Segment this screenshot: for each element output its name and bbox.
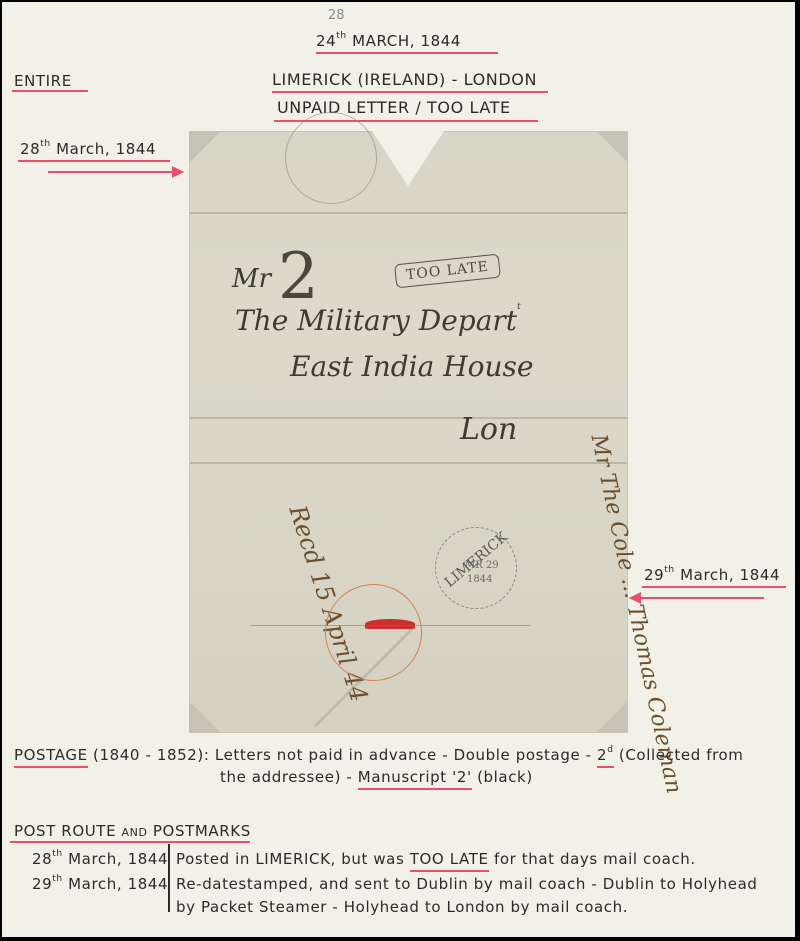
header-route: LIMERICK (IRELAND) - LONDON [272, 72, 537, 88]
entire-underline [12, 90, 88, 92]
limerick-stamp-date: MR 29 [465, 560, 499, 571]
postage-rate-value: 2 [597, 746, 607, 764]
route-date-2-rest: March, 1844 [68, 875, 168, 893]
route-text-1-start: Posted in LIMERICK, but was [176, 850, 404, 868]
right-date-rest: March, 1844 [680, 566, 780, 584]
entire-label: ENTIRE [14, 74, 72, 89]
route-date-1: 28th March, 1844 [32, 852, 168, 867]
arrow-right-icon [48, 171, 183, 173]
postage-line-1: POSTAGE (1840 - 1852): Letters not paid … [14, 748, 744, 763]
left-date-rest: March, 1844 [56, 140, 156, 158]
right-date-suffix: th [664, 565, 674, 575]
pencil-page-number: 28 [328, 8, 345, 23]
route-heading: POST ROUTE and POSTMARKS [14, 824, 251, 839]
manuscript-rate: 2 [278, 240, 319, 314]
route-divider [168, 844, 170, 912]
limerick-stamp-year: 1844 [467, 574, 492, 585]
route-text-1: Posted in LIMERICK, but was TOO LATE for… [176, 852, 696, 867]
header-date-suffix: th [336, 31, 346, 41]
postage-text-end: (Collected from [619, 746, 744, 764]
right-date-underline [642, 586, 786, 588]
corner-mount [190, 702, 220, 732]
postage-manuscript: Manuscript '2' [358, 768, 472, 790]
header-date-day: 24 [316, 32, 336, 50]
letter-fold [190, 462, 627, 464]
corner-mount [190, 132, 220, 162]
postage-rate: 2d [597, 746, 613, 768]
side-annotation: Mr The Cole ... Thomas Coleman [586, 432, 687, 796]
arrow-left-icon [630, 597, 764, 599]
corner-mount [597, 132, 627, 162]
header-date-rest: MARCH, 1844 [352, 32, 461, 50]
route-heading-underline [10, 841, 250, 843]
route-date-1-suffix: th [52, 849, 62, 859]
header-route-underline [272, 91, 548, 93]
route-date-2-suffix: th [52, 874, 62, 884]
postage-line2-start: the addressee) - [220, 768, 352, 786]
route-date-1-day: 28 [32, 850, 52, 868]
route-text-1-end: for that days mail coach. [494, 850, 696, 868]
address-line-3: East India House [290, 350, 533, 383]
letter-fold [190, 212, 627, 214]
faded-datestamp [285, 112, 377, 204]
postage-rate-suffix: d [607, 745, 613, 755]
letter-flap [265, 626, 465, 726]
address-line-1: Mr [232, 264, 271, 294]
address-line-4: Lon [460, 412, 517, 447]
route-date-2-day: 29 [32, 875, 52, 893]
postage-period: (1840 - 1852): [93, 746, 209, 764]
letter-fold [190, 417, 627, 419]
postage-line2-end: (black) [477, 768, 533, 786]
address-line-2-text: The Military Depart [235, 304, 517, 337]
header-date: 24th MARCH, 1844 [316, 34, 461, 49]
letter-flap-notch [370, 128, 446, 186]
letter-entire: TOO LATE 2 Mr The Military Departt East … [190, 132, 627, 732]
left-date-underline [18, 160, 170, 162]
route-date-2: 29th March, 1844 [32, 877, 168, 892]
too-late-stamp: TOO LATE [394, 254, 501, 289]
route-text-3: by Packet Steamer - Holyhead to London b… [176, 900, 628, 915]
address-line-2-sup: t [517, 302, 521, 312]
postage-text: Letters not paid in advance - Double pos… [215, 746, 592, 764]
address-line-2: The Military Departt [235, 304, 521, 337]
header-date-underline [316, 52, 498, 54]
postage-line-2: the addressee) - Manuscript '2' (black) [220, 770, 533, 785]
route-too-late: TOO LATE [410, 850, 489, 872]
corner-mount [597, 702, 627, 732]
right-date-label: 29th March, 1844 [644, 568, 780, 583]
left-date-suffix: th [40, 139, 50, 149]
album-page: 28 24th MARCH, 1844 LIMERICK (IRELAND) -… [2, 2, 795, 937]
route-date-1-rest: March, 1844 [68, 850, 168, 868]
postage-heading: POSTAGE [14, 746, 88, 768]
right-date-day: 29 [644, 566, 664, 584]
header-letter-type: UNPAID LETTER / TOO LATE [277, 100, 511, 116]
route-text-2: Re-datestamped, and sent to Dublin by ma… [176, 877, 757, 892]
left-date-day: 28 [20, 140, 40, 158]
left-date-label: 28th March, 1844 [20, 142, 156, 157]
